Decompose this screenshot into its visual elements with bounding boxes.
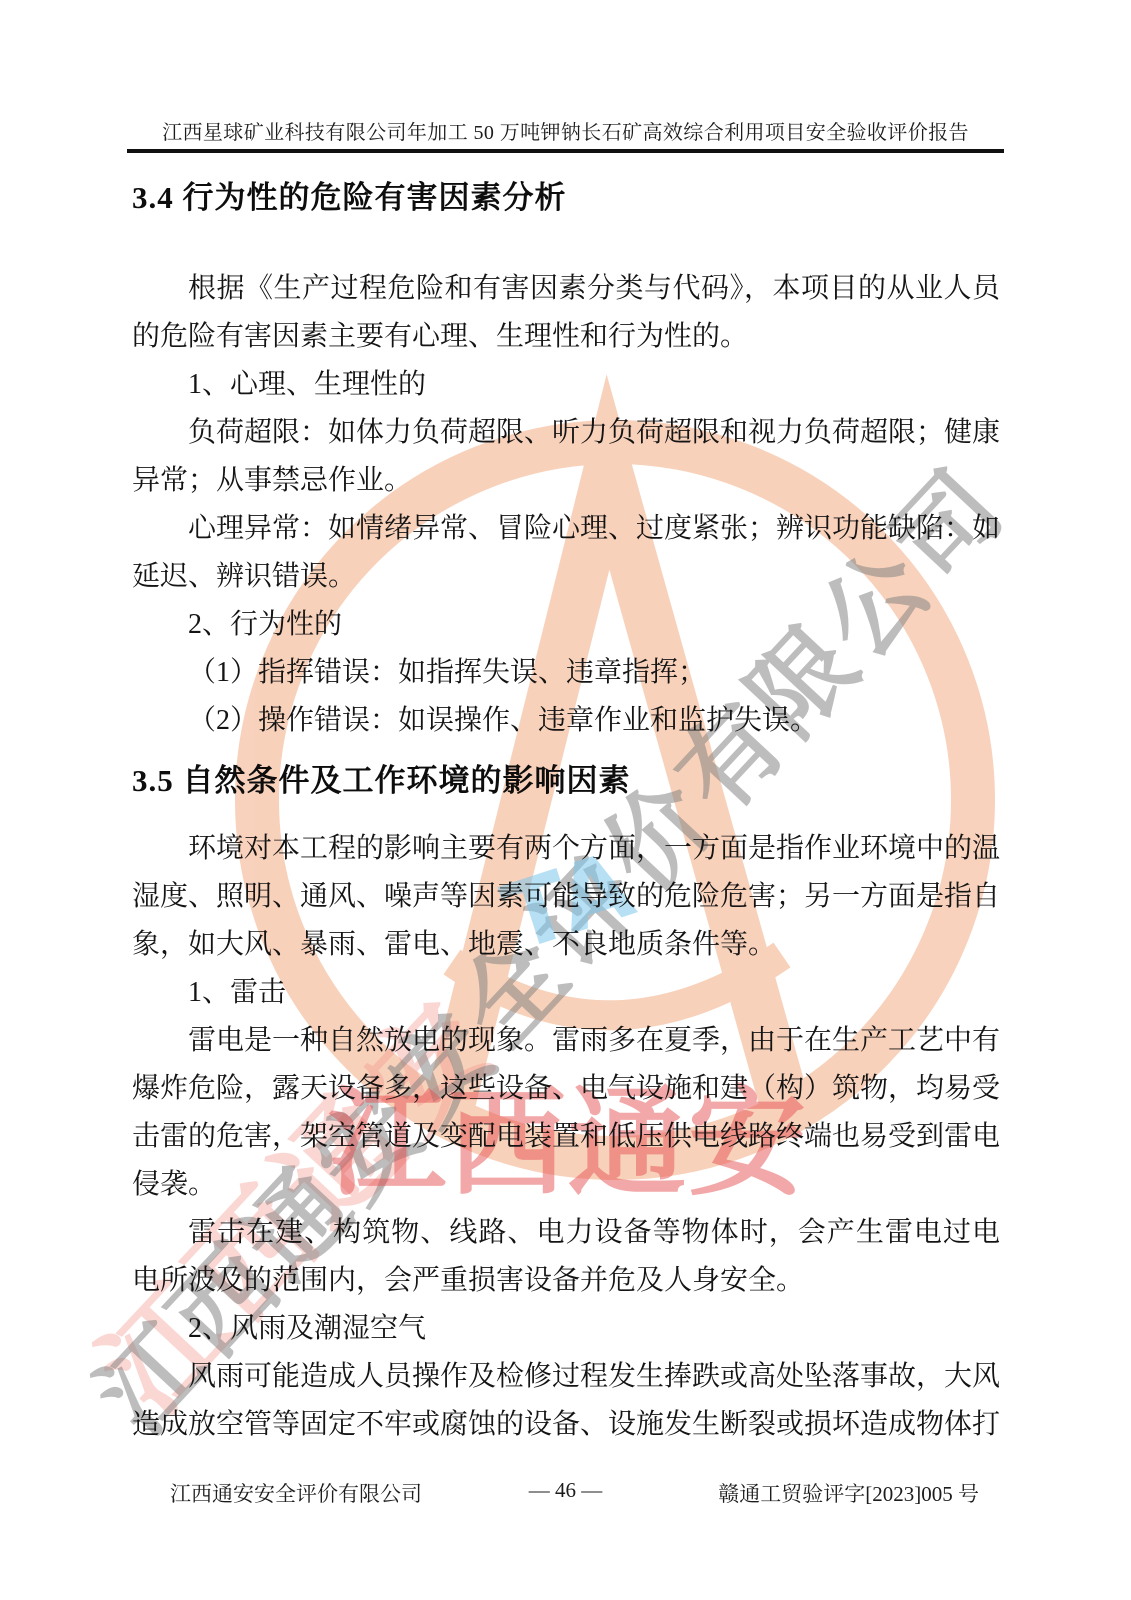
text-line: 负荷超限：如体力负荷超限、听力负荷超限和视力负荷超限；健康状况 (132, 409, 1000, 457)
paragraph: 1、雷击 (132, 969, 1000, 1017)
paragraph: 风雨可能造成人员操作及检修过程发生捧跌或高处坠落事故，大风可能 造成放空管等固定… (132, 1353, 1000, 1449)
text-line: 1、心理、生理性的 (132, 361, 1000, 409)
text-line: 的危险有害因素主要有心理、生理性和行为性的。 (132, 313, 1000, 361)
text-line: 湿度、照明、通风、噪声等因素可能导致的危险危害；另一方面是指自然现 (132, 873, 1000, 921)
paragraph: 根据《生产过程危险和有害因素分类与代码》，本项目的从业人员存在 的危险有害因素主… (132, 265, 1000, 361)
report-page: 江西通安 江西通安安全评价有限公司 江西通安 TA 江西星球矿业科技有限公司年加… (0, 0, 1131, 1600)
text-line: 2、风雨及潮湿空气 (132, 1305, 1000, 1353)
text-line: 电所波及的范围内，会严重损害设备并危及人身安全。 (132, 1257, 1000, 1305)
paragraph: 雷击在建、构筑物、线路、电力设备等物体时，会产生雷电过电压，雷 电所波及的范围内… (132, 1209, 1000, 1305)
paragraph: 心理异常：如情绪异常、冒险心理、过度紧张；辨识功能缺陷：如感知 延迟、辨识错误。 (132, 505, 1000, 601)
page-footer: — 46 — 江西通安安全评价有限公司 赣通工贸验评字[2023]005 号 (0, 1478, 1131, 1508)
footer-company-name: 江西通安安全评价有限公司 (170, 1478, 422, 1508)
text-line: 雷击在建、构筑物、线路、电力设备等物体时，会产生雷电过电压，雷 (132, 1209, 1000, 1257)
document-body: 3.4 行为性的危险有害因素分析 根据《生产过程危险和有害因素分类与代码》，本项… (132, 176, 1000, 1449)
text-line: 雷电是一种自然放电的现象。雷雨多在夏季，由于在生产工艺中有火灾 (132, 1017, 1000, 1065)
section-heading-3-5: 3.5 自然条件及工作环境的影响因素 (132, 759, 1000, 803)
text-line: 根据《生产过程危险和有害因素分类与代码》，本项目的从业人员存在 (132, 265, 1000, 313)
text-line: 击雷的危害，架空管道及变配电装置和低压供电线路终端也易受到雷电波的 (132, 1113, 1000, 1161)
paragraph: 1、心理、生理性的 (132, 361, 1000, 409)
text-line: 1、雷击 (132, 969, 1000, 1017)
paragraph: （2）操作错误：如误操作、违章作业和监护失误。 (132, 697, 1000, 745)
paragraph: 雷电是一种自然放电的现象。雷雨多在夏季，由于在生产工艺中有火灾 爆炸危险，露天设… (132, 1017, 1000, 1209)
footer-doc-number: 赣通工贸验评字[2023]005 号 (718, 1478, 979, 1508)
section-heading-3-4: 3.4 行为性的危险有害因素分析 (132, 176, 1000, 220)
text-line: 侵袭。 (132, 1161, 1000, 1209)
text-line: 风雨可能造成人员操作及检修过程发生捧跌或高处坠落事故，大风可能 (132, 1353, 1000, 1401)
text-line: 心理异常：如情绪异常、冒险心理、过度紧张；辨识功能缺陷：如感知 (132, 505, 1000, 553)
paragraph: 环境对本工程的影响主要有两个方面，一方面是指作业环境中的温度、 湿度、照明、通风… (132, 825, 1000, 969)
text-line: 环境对本工程的影响主要有两个方面，一方面是指作业环境中的温度、 (132, 825, 1000, 873)
text-line: 爆炸危险，露天设备多，这些设备、电气设施和建（构）筑物，均易受到直 (132, 1065, 1000, 1113)
text-line: 延迟、辨识错误。 (132, 553, 1000, 601)
paragraph: （1）指挥错误：如指挥失误、违章指挥； (132, 649, 1000, 697)
text-line: 异常；从事禁忌作业。 (132, 457, 1000, 505)
text-line: （1）指挥错误：如指挥失误、违章指挥； (132, 649, 1000, 697)
text-line: 2、行为性的 (132, 601, 1000, 649)
text-line: （2）操作错误：如误操作、违章作业和监护失误。 (132, 697, 1000, 745)
paragraph: 负荷超限：如体力负荷超限、听力负荷超限和视力负荷超限；健康状况 异常；从事禁忌作… (132, 409, 1000, 505)
paragraph: 2、风雨及潮湿空气 (132, 1305, 1000, 1353)
text-line: 造成放空管等固定不牢或腐蚀的设备、设施发生断裂或损坏造成物体打击， (132, 1401, 1000, 1449)
paragraph: 2、行为性的 (132, 601, 1000, 649)
header-rule (127, 149, 1004, 153)
page-header-title: 江西星球矿业科技有限公司年加工 50 万吨钾钠长石矿高效综合利用项目安全验收评价… (127, 116, 1004, 145)
text-line: 象，如大风、暴雨、雷电、地震、不良地质条件等。 (132, 921, 1000, 969)
